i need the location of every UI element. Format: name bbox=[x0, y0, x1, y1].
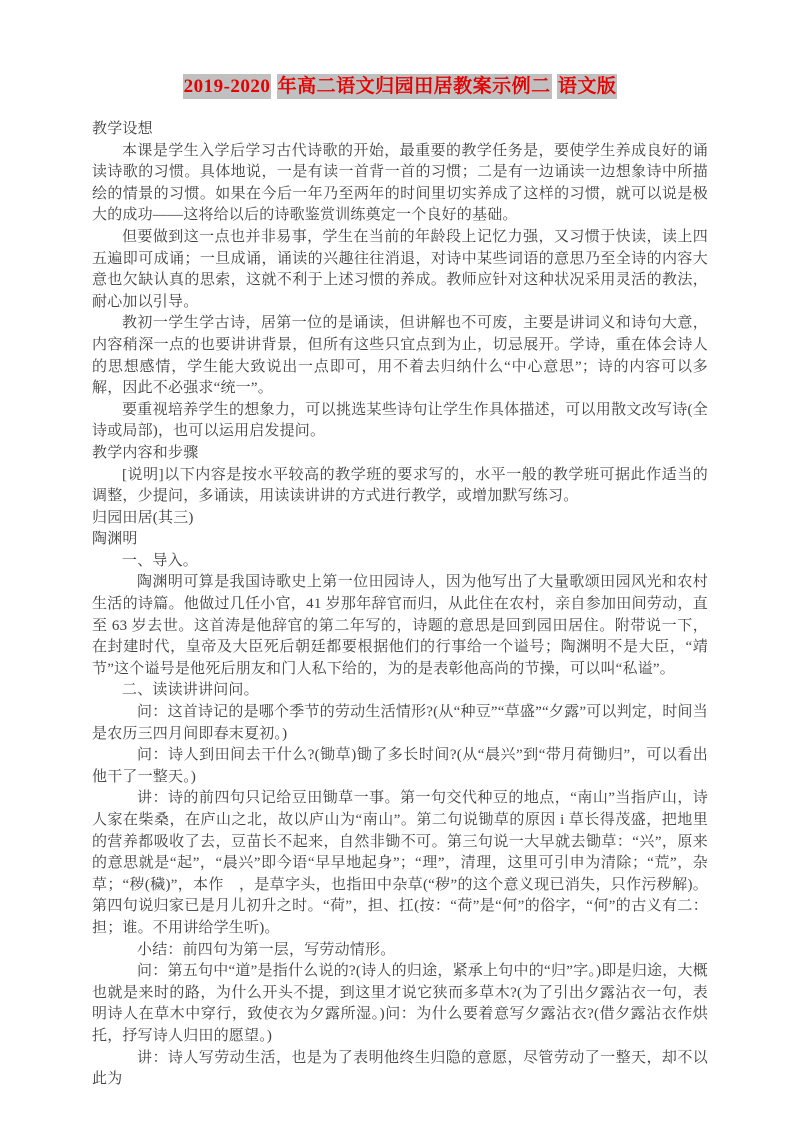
heading-poem-title: 归园田居(其三) bbox=[92, 508, 708, 530]
title-segment-main: 年高二语文归园田居教案示例二 bbox=[277, 74, 552, 99]
document-body: 教学设想本课是学生入学后学习古代诗歌的开始，最重要的教学任务是，要使学生养成良好… bbox=[92, 119, 708, 1091]
heading-poet: 陶渊明 bbox=[92, 529, 708, 551]
para-question-dao: 问：第五句中“道”是指什么说的?(诗人的归途，紧承上句中的“归”字。)即是归途，… bbox=[92, 961, 708, 1047]
document-title: 2019-2020 年高二语文归园田居教案示例二 语文版 bbox=[92, 74, 708, 100]
heading-teaching-design: 教学设想 bbox=[92, 119, 708, 141]
para-question-season: 问：这首诗记的是哪个季节的劳动生活情形?(从“种豆”“草盛”“夕露”可以判定，时… bbox=[92, 702, 708, 745]
heading-content-steps: 教学内容和步骤 bbox=[92, 443, 708, 465]
para-difficulty: 但要做到这一点也并非易事，学生在当前的年龄段上记忆力强，又习惯于快读，读上四五遍… bbox=[92, 227, 708, 313]
title-segment-edition: 语文版 bbox=[557, 74, 618, 99]
heading-step-one: 一、导入。 bbox=[92, 551, 708, 573]
para-intro-tao: 陶渊明可算是我国诗歌史上第一位田园诗人，因为他写出了大量歌颂田园风光和农村生活的… bbox=[92, 572, 708, 680]
para-lecture-first-four: 讲：诗的前四句只记给豆田锄草一事。第一句交代种豆的地点，“南山”当指庐山，诗人家… bbox=[92, 788, 708, 939]
para-note: [说明]以下内容是按水平较高的教学班的要求写的，水平一般的教学班可据此作适当的调… bbox=[92, 465, 708, 508]
para-question-work: 问：诗人到田间去干什么?(锄草)锄了多长时间?(从“晨兴”到“带月荷锄归”，可以… bbox=[92, 745, 708, 788]
document-page: 2019-2020 年高二语文归园田居教案示例二 语文版 教学设想本课是学生入学… bbox=[0, 0, 800, 1132]
para-reading-habit: 本课是学生入学后学习古代诗歌的开始，最重要的教学任务是，要使学生养成良好的诵读诗… bbox=[92, 141, 708, 227]
heading-step-two: 二、读读讲讲问问。 bbox=[92, 680, 708, 702]
title-segment-year: 2019-2020 bbox=[183, 74, 272, 99]
para-lecture-labor: 讲：诗人写劳动生活，也是为了表明他终生归隐的意愿，尽管劳动了一整天，却不以此为 bbox=[92, 1048, 708, 1091]
para-summary: 小结：前四句为第一层，写劳动情形。 bbox=[92, 940, 708, 962]
para-teaching-method: 教初一学生学古诗，居第一位的是诵读，但讲解也不可废，主要是讲词义和诗句大意，内容… bbox=[92, 313, 708, 399]
para-imagination: 要重视培养学生的想象力，可以挑选某些诗句让学生作具体描述，可以用散文改写诗(全诗… bbox=[92, 400, 708, 443]
